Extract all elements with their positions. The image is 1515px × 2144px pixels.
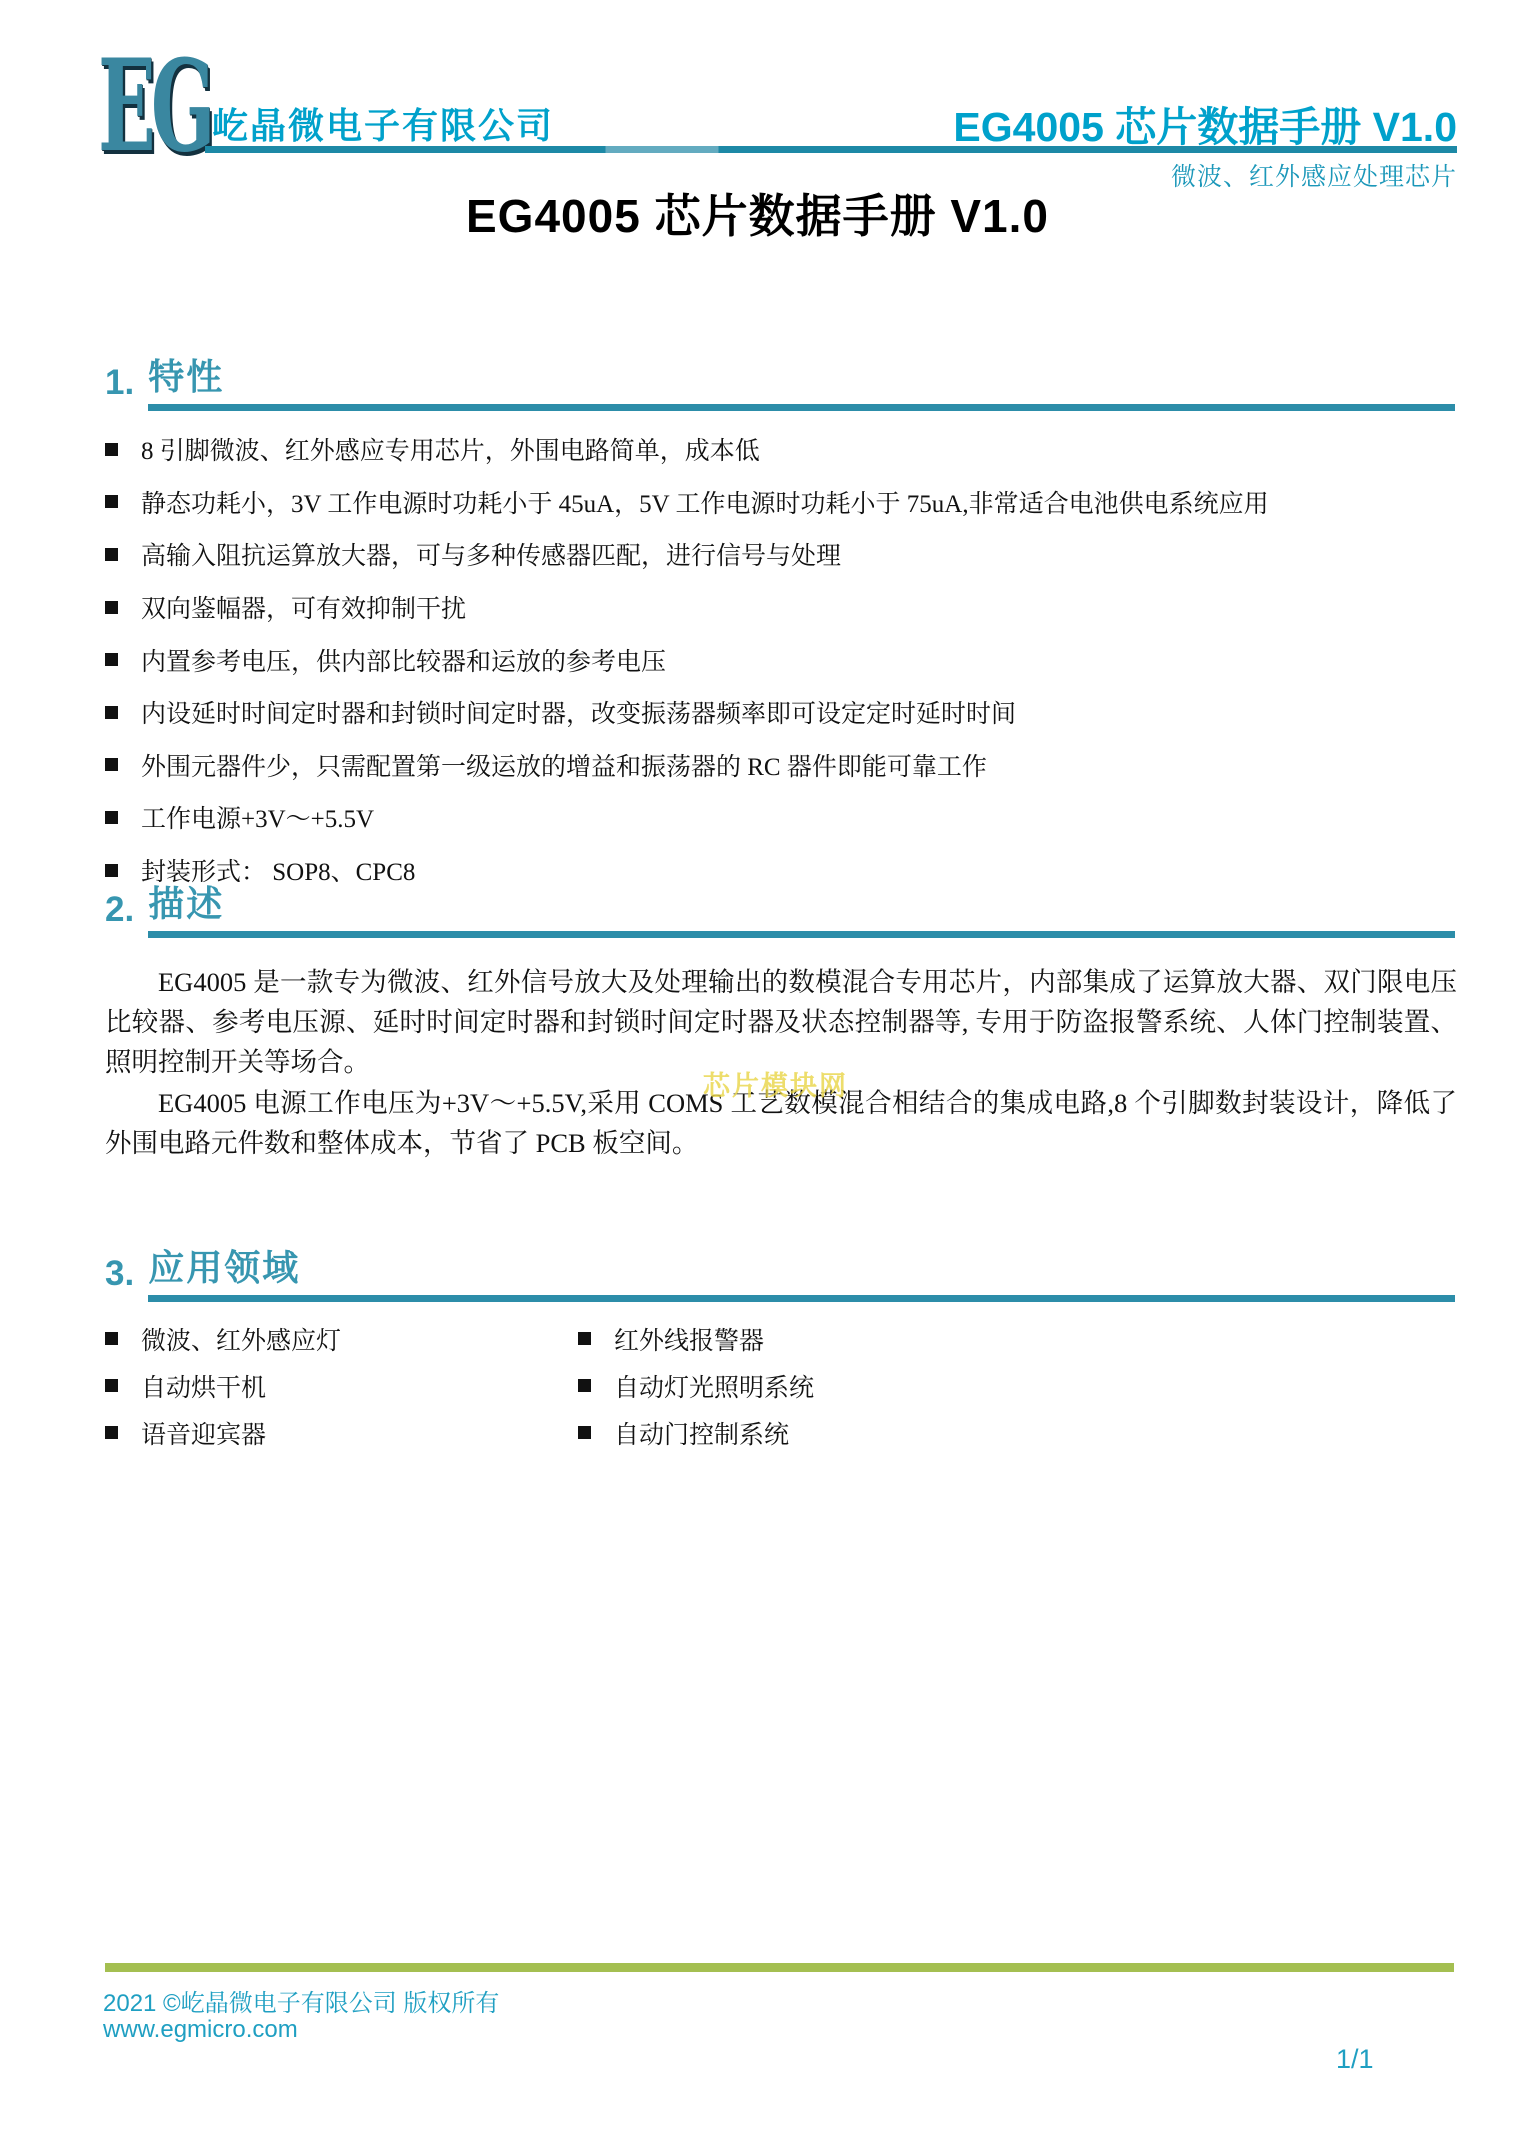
application-item: 语音迎宾器 (105, 1415, 578, 1451)
header-rule (205, 146, 1457, 153)
description-paragraph: EG4005 电源工作电压为+3V～+5.5V,采用 COMS 工艺数模混合相结… (105, 1083, 1457, 1163)
bullet-square-icon (105, 653, 118, 666)
section-heading-rule: 特性 (148, 349, 1455, 411)
application-item: 微波、红外感应灯 (105, 1321, 578, 1357)
bullet-square-icon (105, 601, 118, 614)
company-name: 屹晶微电子有限公司 (212, 98, 554, 149)
application-item: 自动门控制系统 (578, 1415, 789, 1451)
footer-divider-bar (105, 1963, 1454, 1972)
header-doc-title: EG4005 芯片数据手册 V1.0 (953, 94, 1457, 153)
section-heading-rule: 应用领域 (148, 1240, 1455, 1302)
application-item: 自动灯光照明系统 (578, 1368, 814, 1404)
feature-item: 静态功耗小，3V 工作电源时功耗小于 45uA，5V 工作电源时功耗小于 75u… (105, 476, 1455, 529)
application-text: 自动烘干机 (141, 1368, 266, 1404)
application-text: 语音迎宾器 (141, 1415, 266, 1451)
datasheet-page: EG 屹晶微电子有限公司 EG4005 芯片数据手册 V1.0 微波、红外感应处… (0, 0, 1515, 2144)
footer-copyright: 2021 ©屹晶微电子有限公司 版权所有 (103, 1983, 499, 2018)
bullet-square-icon (578, 1426, 591, 1439)
application-text: 自动灯光照明系统 (614, 1368, 814, 1404)
description-paragraph: EG4005 是一款专为微波、红外信号放大及处理输出的数模混合专用芯片，内部集成… (105, 962, 1457, 1083)
feature-item: 内设延时时间定时器和封锁时间定时器，改变振荡器频率即可设定定时延时时间 (105, 686, 1455, 739)
feature-text: 内设延时时间定时器和封锁时间定时器，改变振荡器频率即可设定定时延时时间 (141, 694, 1016, 730)
applications-list: 微波、红外感应灯 红外线报警器 自动烘干机 自动灯光照明系统 语音迎宾器 自动门… (105, 1315, 1455, 1456)
bullet-square-icon (578, 1379, 591, 1392)
bullet-square-icon (105, 811, 118, 824)
bullet-square-icon (105, 1332, 118, 1345)
feature-text: 外围元器件少，只需配置第一级运放的增益和振荡器的 RC 器件即能可靠工作 (141, 747, 987, 783)
bullet-square-icon (578, 1332, 591, 1345)
application-item: 红外线报警器 (578, 1321, 764, 1357)
application-row: 微波、红外感应灯 红外线报警器 (105, 1315, 1455, 1362)
feature-text: 静态功耗小，3V 工作电源时功耗小于 45uA，5V 工作电源时功耗小于 75u… (141, 484, 1269, 520)
application-item: 自动烘干机 (105, 1368, 578, 1404)
application-text: 自动门控制系统 (614, 1415, 789, 1451)
section-number: 2. (105, 890, 134, 938)
feature-text: 双向鉴幅器，可有效抑制干扰 (141, 589, 466, 625)
features-list: 8 引脚微波、红外感应专用芯片，外围电路简单，成本低 静态功耗小，3V 工作电源… (105, 423, 1455, 896)
section-number: 3. (105, 1254, 134, 1302)
section-title-applications: 应用领域 (148, 1248, 300, 1288)
section-heading-features: 1. 特性 (105, 349, 1455, 411)
section-title-features: 特性 (148, 357, 224, 397)
bullet-square-icon (105, 1379, 118, 1392)
bullet-square-icon (105, 1426, 118, 1439)
description-body: EG4005 是一款专为微波、红外信号放大及处理输出的数模混合专用芯片，内部集成… (105, 962, 1457, 1163)
application-text: 红外线报警器 (614, 1321, 764, 1357)
bullet-square-icon (105, 548, 118, 561)
feature-item: 内置参考电压，供内部比较器和运放的参考电压 (105, 633, 1455, 686)
feature-item: 8 引脚微波、红外感应专用芯片，外围电路简单，成本低 (105, 423, 1455, 476)
feature-item: 工作电源+3V～+5.5V (105, 791, 1455, 844)
section-heading-applications: 3. 应用领域 (105, 1240, 1455, 1302)
bullet-square-icon (105, 706, 118, 719)
application-row: 语音迎宾器 自动门控制系统 (105, 1409, 1455, 1456)
page-title: EG4005 芯片数据手册 V1.0 (0, 180, 1515, 246)
feature-text: 工作电源+3V～+5.5V (141, 799, 374, 835)
feature-item: 外围元器件少，只需配置第一级运放的增益和振荡器的 RC 器件即能可靠工作 (105, 739, 1455, 792)
section-heading-description: 2. 描述 (105, 876, 1455, 938)
section-heading-rule: 描述 (148, 876, 1455, 938)
feature-text: 内置参考电压，供内部比较器和运放的参考电压 (141, 642, 666, 678)
application-text: 微波、红外感应灯 (141, 1321, 341, 1357)
section-number: 1. (105, 363, 134, 411)
page-number: 1/1 (1336, 2044, 1374, 2075)
bullet-square-icon (105, 758, 118, 771)
bullet-square-icon (105, 864, 118, 877)
bullet-square-icon (105, 495, 118, 508)
section-title-description: 描述 (148, 884, 224, 924)
application-row: 自动烘干机 自动灯光照明系统 (105, 1362, 1455, 1409)
feature-text: 高输入阻抗运算放大器，可与多种传感器匹配，进行信号与处理 (141, 536, 841, 572)
feature-item: 高输入阻抗运算放大器，可与多种传感器匹配，进行信号与处理 (105, 528, 1455, 581)
footer-website-link[interactable]: www.egmicro.com (103, 2016, 298, 2044)
feature-text: 8 引脚微波、红外感应专用芯片，外围电路简单，成本低 (141, 431, 760, 467)
feature-item: 双向鉴幅器，可有效抑制干扰 (105, 581, 1455, 634)
company-logo: EG (98, 54, 211, 160)
bullet-square-icon (105, 443, 118, 456)
